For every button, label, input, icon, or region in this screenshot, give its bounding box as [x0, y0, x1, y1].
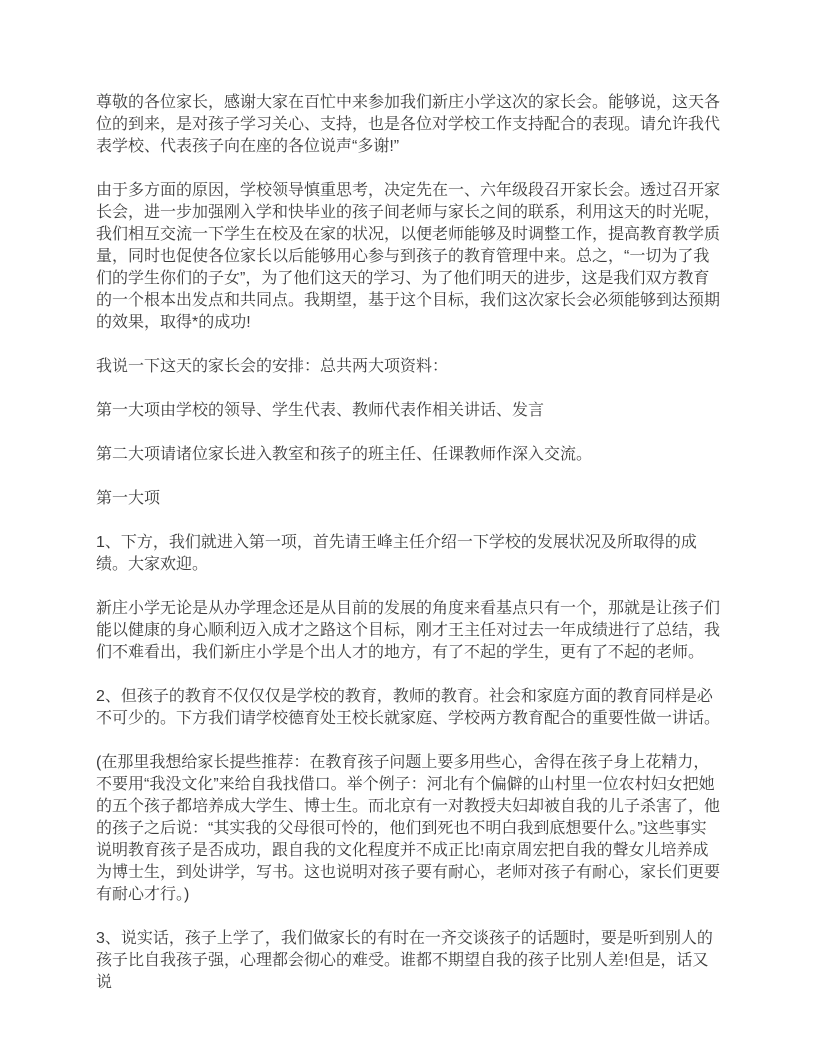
- paragraph: 我说一下这天的家长会的安排：总共两大项资料：: [96, 356, 720, 378]
- paragraph: 新庄小学无论是从办学理念还是从目前的发展的角度来看基点只有一个，那就是让孩子们能…: [96, 598, 720, 664]
- paragraph: (在那里我想给家长提些推荐：在教育孩子问题上要多用些心，舍得在孩子身上花精力，不…: [96, 752, 720, 906]
- document-body: 尊敬的各位家长，感谢大家在百忙中来参加我们新庄小学这次的家长会。能够说，这天各位…: [96, 92, 720, 1016]
- paragraph: 1、下方，我们就进入第一项，首先请王峰主任介绍一下学校的发展状况及所取得的成绩。…: [96, 532, 720, 576]
- paragraph: 由于多方面的原因，学校领导慎重思考，决定先在一、六年级段召开家长会。透过召开家长…: [96, 180, 720, 334]
- paragraph: 第二大项请诸位家长进入教室和孩子的班主任、任课教师作深入交流。: [96, 444, 720, 466]
- paragraph: 尊敬的各位家长，感谢大家在百忙中来参加我们新庄小学这次的家长会。能够说，这天各位…: [96, 92, 720, 158]
- paragraph: 2、但孩子的教育不仅仅仅是学校的教育，教师的教育。社会和家庭方面的教育同样是必不…: [96, 686, 720, 730]
- document-page: 尊敬的各位家长，感谢大家在百忙中来参加我们新庄小学这次的家长会。能够说，这天各位…: [0, 0, 816, 1056]
- paragraph: 第一大项由学校的领导、学生代表、教师代表作相关讲话、发言: [96, 400, 720, 422]
- paragraph: 第一大项: [96, 488, 720, 510]
- paragraph: 3、说实话，孩子上学了，我们做家长的有时在一齐交谈孩子的话题时，要是听到别人的孩…: [96, 928, 720, 994]
